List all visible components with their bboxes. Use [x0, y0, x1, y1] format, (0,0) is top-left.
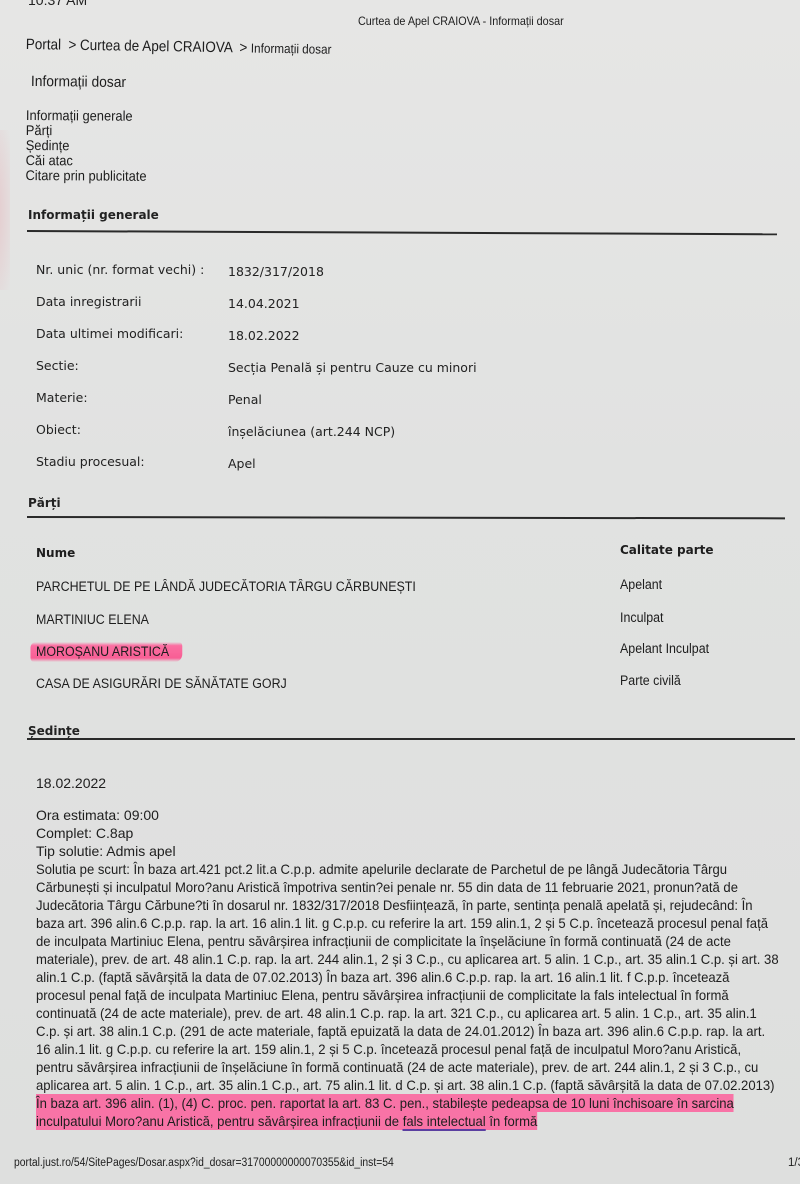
- column-header-nume: Nume: [36, 546, 75, 560]
- print-header-title: Curtea de Apel CRAIOVA - Informații dosa…: [358, 14, 564, 28]
- party-name: MARTINIUC ELENA: [36, 612, 149, 627]
- party-role: Apelant Inculpat: [620, 641, 709, 656]
- footer-url: portal.just.ro/54/SitePages/Dosar.aspx?i…: [14, 1157, 394, 1169]
- highlighted-party-name: MOROȘANU ARISTICĂ: [30, 642, 182, 662]
- info-value: Secția Penală și pentru Cauze cu minori: [228, 360, 477, 375]
- hearing-date: 18.02.2022: [36, 774, 776, 792]
- column-header-calitate: Calitate parte: [620, 543, 714, 557]
- hearing-solution-type: Tip solutie: Admis apel: [36, 842, 776, 860]
- section-heading-general-info: Informații generale: [28, 208, 159, 222]
- hearing-details: 18.02.2022 Ora estimata: 09:00 Complet: …: [36, 774, 776, 1130]
- party-name-highlighted: MOROȘANU ARISTICĂ: [36, 644, 182, 659]
- info-label: Materie:: [36, 390, 88, 405]
- page-title: Informații dosar: [31, 73, 126, 91]
- breadcrumb-court[interactable]: Curtea de Apel CRAIOVA: [80, 37, 232, 56]
- info-label: Stadiu procesual:: [36, 454, 145, 469]
- footer-page-number: 1/3: [788, 1157, 800, 1169]
- section-divider: [27, 738, 795, 740]
- section-divider: [27, 230, 777, 235]
- status-clock: 10:37 AM: [28, 0, 87, 8]
- info-value: 14.04.2021: [228, 296, 300, 311]
- table-of-contents: Informații generale Părți Ședințe Căi at…: [25, 108, 147, 184]
- info-label: Sectie:: [36, 358, 79, 373]
- underlined-text: fals intelectual: [403, 1113, 486, 1131]
- info-value: înșelăciunea (art.244 NCP): [228, 424, 395, 439]
- party-name: CASA DE ASIGURĂRI DE SĂNĂTATE GORJ: [36, 676, 287, 691]
- paper-stain: [0, 130, 10, 290]
- breadcrumb-current: Informații dosar: [251, 41, 332, 57]
- solution-text: Solutia pe scurt: În baza art.421 pct.2 …: [36, 861, 779, 1093]
- section-heading-parti: Părți: [28, 496, 61, 510]
- breadcrumb: Portal >Curtea de Apel CRAIOVA >Informaț…: [26, 36, 332, 58]
- party-name: PARCHETUL DE PE LÂNDĂ JUDECĂTORIA TÂRGU …: [36, 579, 416, 594]
- breadcrumb-portal[interactable]: Portal: [26, 36, 62, 54]
- info-value: Penal: [228, 392, 262, 407]
- info-label: Data ultimei modificari:: [36, 326, 183, 341]
- info-value: Apel: [228, 456, 256, 471]
- breadcrumb-separator: >: [239, 39, 247, 56]
- party-role: Apelant: [620, 577, 662, 592]
- info-label: Data inregistrarii: [36, 294, 141, 309]
- hearing-solution-summary: Solutia pe scurt: În baza art.421 pct.2 …: [36, 860, 779, 1130]
- info-value: 18.02.2022: [228, 328, 300, 343]
- info-value: 1832/317/2018: [228, 264, 324, 279]
- hearing-time: Ora estimata: 09:00: [36, 806, 776, 824]
- highlighted-text-part: în formă: [486, 1113, 538, 1129]
- breadcrumb-separator: >: [68, 37, 76, 54]
- section-divider: [27, 516, 785, 519]
- party-role: Inculpat: [620, 610, 664, 625]
- toc-link-citare[interactable]: Citare prin publicitate: [25, 168, 146, 184]
- highlighted-text-part: În baza art. 396 alin. (1), (4) C. proc.…: [36, 1095, 734, 1129]
- info-label: Nr. unic (nr. format vechi) :: [36, 262, 204, 277]
- info-label: Obiect:: [36, 422, 81, 437]
- highlighted-solution-text: În baza art. 396 alin. (1), (4) C. proc.…: [36, 1094, 734, 1130]
- party-role: Parte civilă: [620, 673, 681, 688]
- hearing-panel: Complet: C.8ap: [36, 824, 776, 842]
- section-heading-sedinte: Ședințe: [28, 724, 80, 738]
